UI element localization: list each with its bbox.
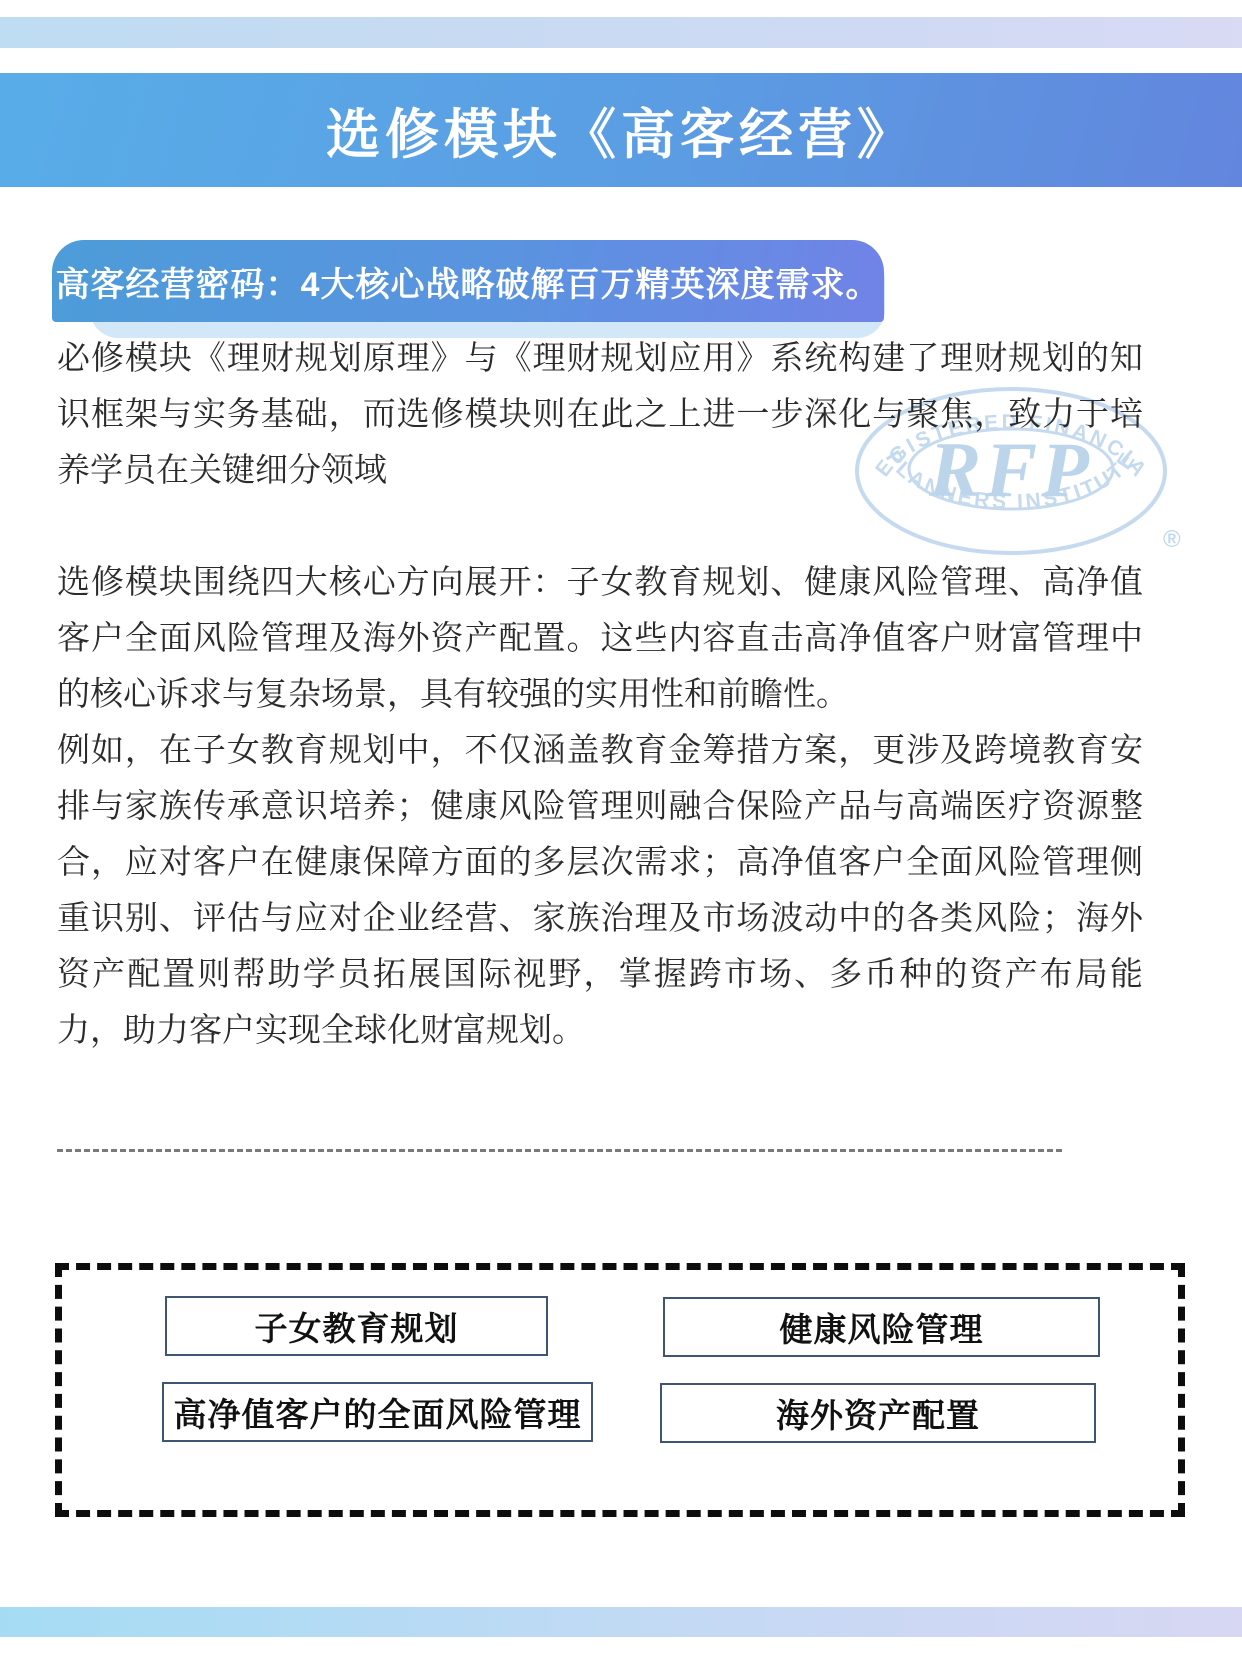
key-message-badge: 高客经营密码：4大核心战略破解百万精英深度需求。: [52, 240, 884, 322]
module-overview-box: 子女教育规划 健康风险管理 高净值客户的全面风险管理 海外资产配置: [55, 1263, 1185, 1517]
intro-paragraph: 必修模块《理财规划原理》与《理财规划应用》系统构建了理财规划的知识框架与实务基础…: [57, 330, 1143, 498]
key-message-text: 高客经营密码：4大核心战略破解百万精英深度需求。: [56, 257, 881, 306]
page-title: 选修模块《高客经营》: [326, 92, 916, 169]
dashed-divider: [57, 1149, 1062, 1152]
module-box-hnw-risk-management: 高净值客户的全面风险管理: [162, 1382, 593, 1442]
top-gradient-strip: [0, 17, 1242, 48]
title-banner: 选修模块《高客经营》: [0, 73, 1242, 187]
module-label: 海外资产配置: [776, 1390, 980, 1437]
module-box-children-education: 子女教育规划: [165, 1296, 548, 1356]
bottom-gradient-strip: [0, 1607, 1242, 1637]
module-box-health-risk: 健康风险管理: [663, 1297, 1100, 1357]
module-box-overseas-assets: 海外资产配置: [660, 1383, 1096, 1443]
registered-trademark-icon: ®: [1163, 526, 1181, 553]
module-label: 子女教育规划: [255, 1303, 459, 1350]
paragraph-2: 选修模块围绕四大核心方向展开：子女教育规划、健康风险管理、高净值客户全面风险管理…: [57, 554, 1143, 722]
module-label: 健康风险管理: [780, 1304, 984, 1351]
module-label: 高净值客户的全面风险管理: [174, 1389, 582, 1436]
detail-paragraphs: 选修模块围绕四大核心方向展开：子女教育规划、健康风险管理、高净值客户全面风险管理…: [57, 554, 1143, 1058]
paragraph-1: 必修模块《理财规划原理》与《理财规划应用》系统构建了理财规划的知识框架与实务基础…: [57, 330, 1143, 498]
paragraph-3: 例如，在子女教育规划中，不仅涵盖教育金筹措方案，更涉及跨境教育安排与家族传承意识…: [57, 722, 1143, 1058]
